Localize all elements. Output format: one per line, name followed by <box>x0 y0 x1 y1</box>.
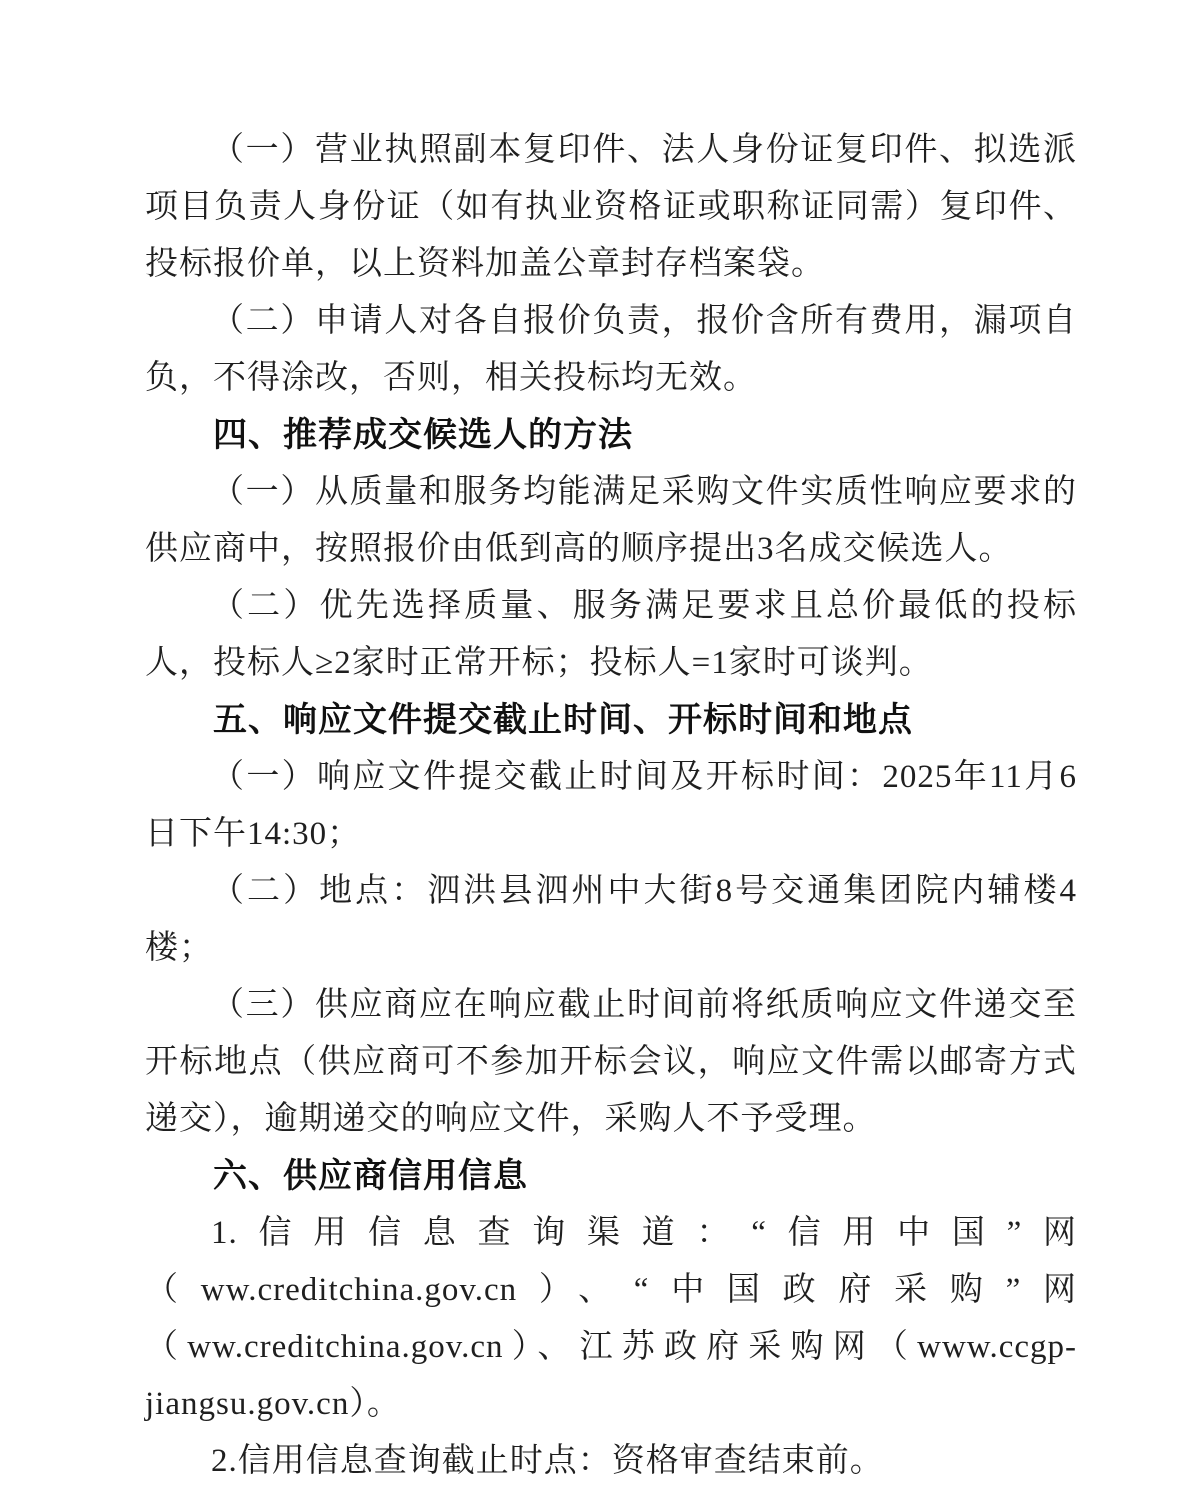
section-heading-credit-info: 六、供应商信用信息 <box>145 1148 1077 1205</box>
paragraph-quote-responsibility: （二）申请人对各自报价负责，报价含所有费用，漏项自负，不得涂改，否则，相关投标均… <box>145 293 1077 407</box>
paragraph-opening-location: （二）地点：泗洪县泗州中大街8号交通集团院内辅楼4楼； <box>145 863 1077 977</box>
paragraph-submission-method: （三）供应商应在响应截止时间前将纸质响应文件递交至开标地点（供应商可不参加开标会… <box>145 977 1077 1148</box>
paragraph-submission-deadline: （一）响应文件提交截止时间及开标时间：2025年11月6日下午14:30； <box>145 749 1077 863</box>
document-page: （一）营业执照副本复印件、法人身份证复印件、拟选派项目负责人身份证（如有执业资格… <box>0 0 1200 1490</box>
section-heading-deadline-location: 五、响应文件提交截止时间、开标时间和地点 <box>145 692 1077 749</box>
paragraph-lowest-price-rule: （二）优先选择质量、服务满足要求且总价最低的投标人，投标人≥2家时正常开标；投标… <box>145 578 1077 692</box>
paragraph-documents-required: （一）营业执照副本复印件、法人身份证复印件、拟选派项目负责人身份证（如有执业资格… <box>145 122 1077 293</box>
section-heading-candidate-method: 四、推荐成交候选人的方法 <box>145 407 1077 464</box>
paragraph-credit-channels: 1.信用信息查询渠道：“信用中国”网（ww.creditchina.gov.cn… <box>145 1205 1077 1433</box>
paragraph-credit-cutoff: 2.信用信息查询截止时点：资格审查结束前。 <box>145 1433 1077 1490</box>
document-text-area: （一）营业执照副本复印件、法人身份证复印件、拟选派项目负责人身份证（如有执业资格… <box>145 122 1077 1490</box>
paragraph-candidate-selection: （一）从质量和服务均能满足采购文件实质性响应要求的供应商中，按照报价由低到高的顺… <box>145 464 1077 578</box>
